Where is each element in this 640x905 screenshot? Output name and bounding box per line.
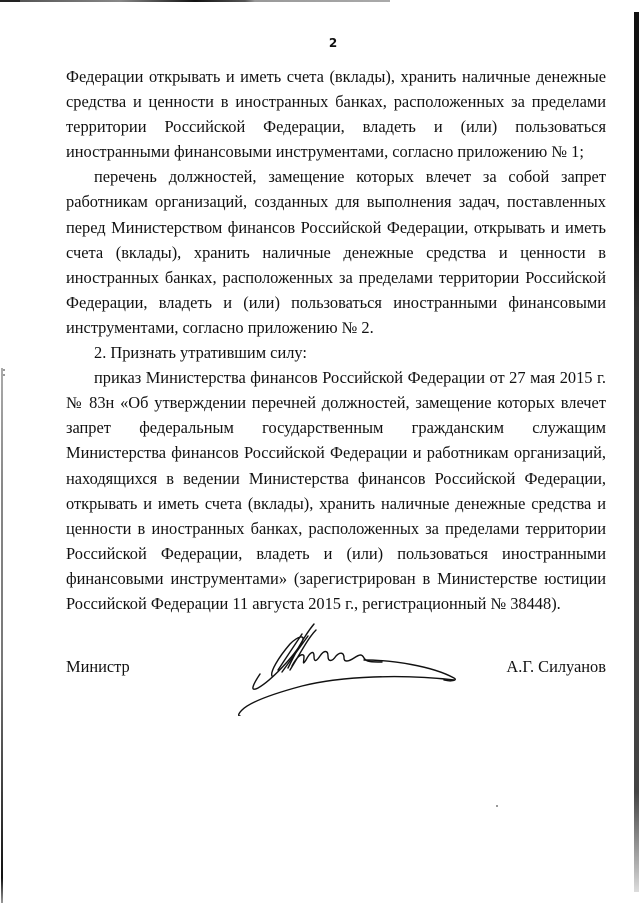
scan-edge-left	[1, 368, 3, 903]
paragraph-continuation: Федерации открывать и иметь счета (вклад…	[66, 64, 606, 164]
paragraph-list-appendix-2: перечень должностей, замещение которых в…	[66, 164, 606, 340]
document-body: Федерации открывать и иметь счета (вклад…	[66, 64, 606, 616]
scan-speck	[496, 805, 498, 807]
scan-speck	[3, 369, 5, 371]
paragraph-item-2: 2. Признать утратившим силу:	[66, 340, 606, 365]
signature-icon	[232, 616, 468, 716]
scan-edge-top	[0, 0, 390, 2]
scan-speck	[3, 374, 5, 376]
paragraph-repealed-order: приказ Министерства финансов Российской …	[66, 365, 606, 616]
page-number: 2	[0, 36, 640, 50]
signatory-name: А.Г. Силуанов	[506, 654, 606, 679]
scan-edge-right	[634, 12, 639, 892]
signatory-role: Министр	[66, 654, 130, 679]
